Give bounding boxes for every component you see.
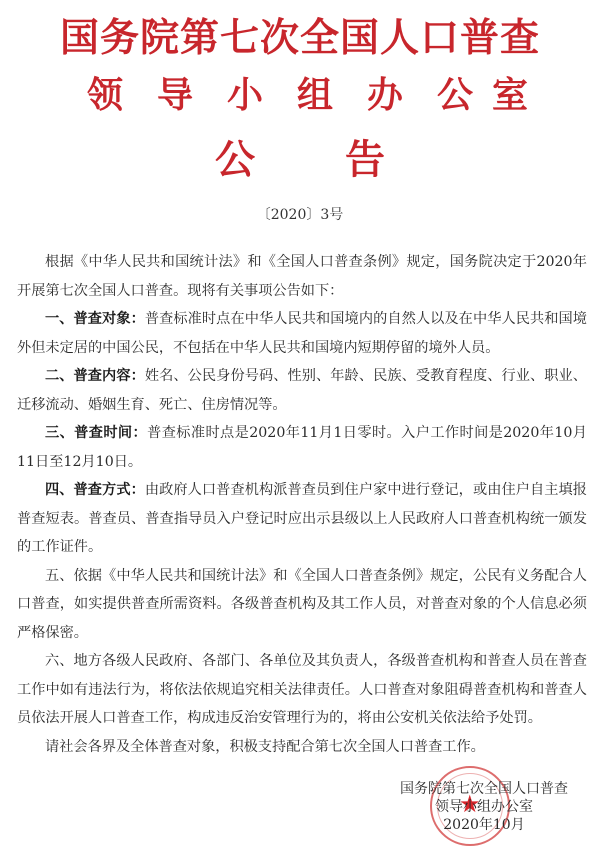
signature-org-line-2: 领导小组办公室 [384, 798, 584, 816]
item-paragraph-5: 五、依据《中华人民共和国统计法》和《全国人口普查条例》规定，公民有义务配合人口普… [17, 562, 587, 648]
item-label: 二、普查内容： [45, 368, 145, 384]
title-line-1: 国务院第七次全国人口普查 [0, 14, 600, 62]
item-label: 三、普查时间： [45, 425, 147, 441]
closing-paragraph: 请社会各界及全体普查对象，积极支持配合第七次全国人口普查工作。 [17, 733, 587, 762]
title-char: 领 [70, 73, 140, 117]
item-paragraph-2: 二、普查内容：姓名、公民身份号码、性别、年龄、民族、受教育程度、行业、职业、迁移… [17, 362, 587, 419]
item-paragraph-6: 六、地方各级人民政府、各部门、各单位及其负责人，各级普查机构和普查人员在普查工作… [17, 647, 587, 733]
announcement-heading: 公告 [0, 136, 600, 184]
item-text: 五、依据《中华人民共和国统计法》和《全国人口普查条例》规定，公民有义务配合人口普… [17, 568, 587, 641]
item-text: 六、地方各级人民政府、各部门、各单位及其负责人，各级普查机构和普查人员在普查工作… [17, 653, 587, 726]
document-number: 〔2020〕3号 [0, 204, 600, 224]
intro-paragraph: 根据《中华人民共和国统计法》和《全国人口普查条例》规定，国务院决定于2020年开… [17, 248, 587, 305]
item-label: 四、普查方式： [45, 482, 145, 498]
heading-char: 告 [300, 136, 430, 184]
item-paragraph-4: 四、普查方式：由政府人口普查机构派普查员到住户家中进行登记，或由住户自主填报普查… [17, 476, 587, 562]
title-line-2: 领导小组办公室 [0, 73, 600, 117]
heading-char: 公 [170, 136, 300, 184]
item-paragraph-3: 三、普查时间：普查标准时点是2020年11月1日零时。入户工作时间是2020年1… [17, 419, 587, 476]
title-char: 公 [420, 73, 490, 117]
title-char: 小 [210, 73, 280, 117]
title-char: 组 [280, 73, 350, 117]
signature-date: 2020年10月 [384, 816, 584, 834]
title-char: 办 [350, 73, 420, 117]
signature-org-line-1: 国务院第七次全国人口普查 [384, 780, 584, 798]
document-body: 根据《中华人民共和国统计法》和《全国人口普查条例》规定，国务院决定于2020年开… [17, 248, 587, 761]
title-char: 室 [490, 73, 530, 117]
signature-block: 国务院第七次全国人口普查 领导小组办公室 2020年10月 [384, 780, 584, 834]
item-label: 一、普查对象： [45, 311, 145, 327]
item-paragraph-1: 一、普查对象：普查标准时点在中华人民共和国境内的自然人以及在中华人民共和国境外但… [17, 305, 587, 362]
title-char: 导 [140, 73, 210, 117]
